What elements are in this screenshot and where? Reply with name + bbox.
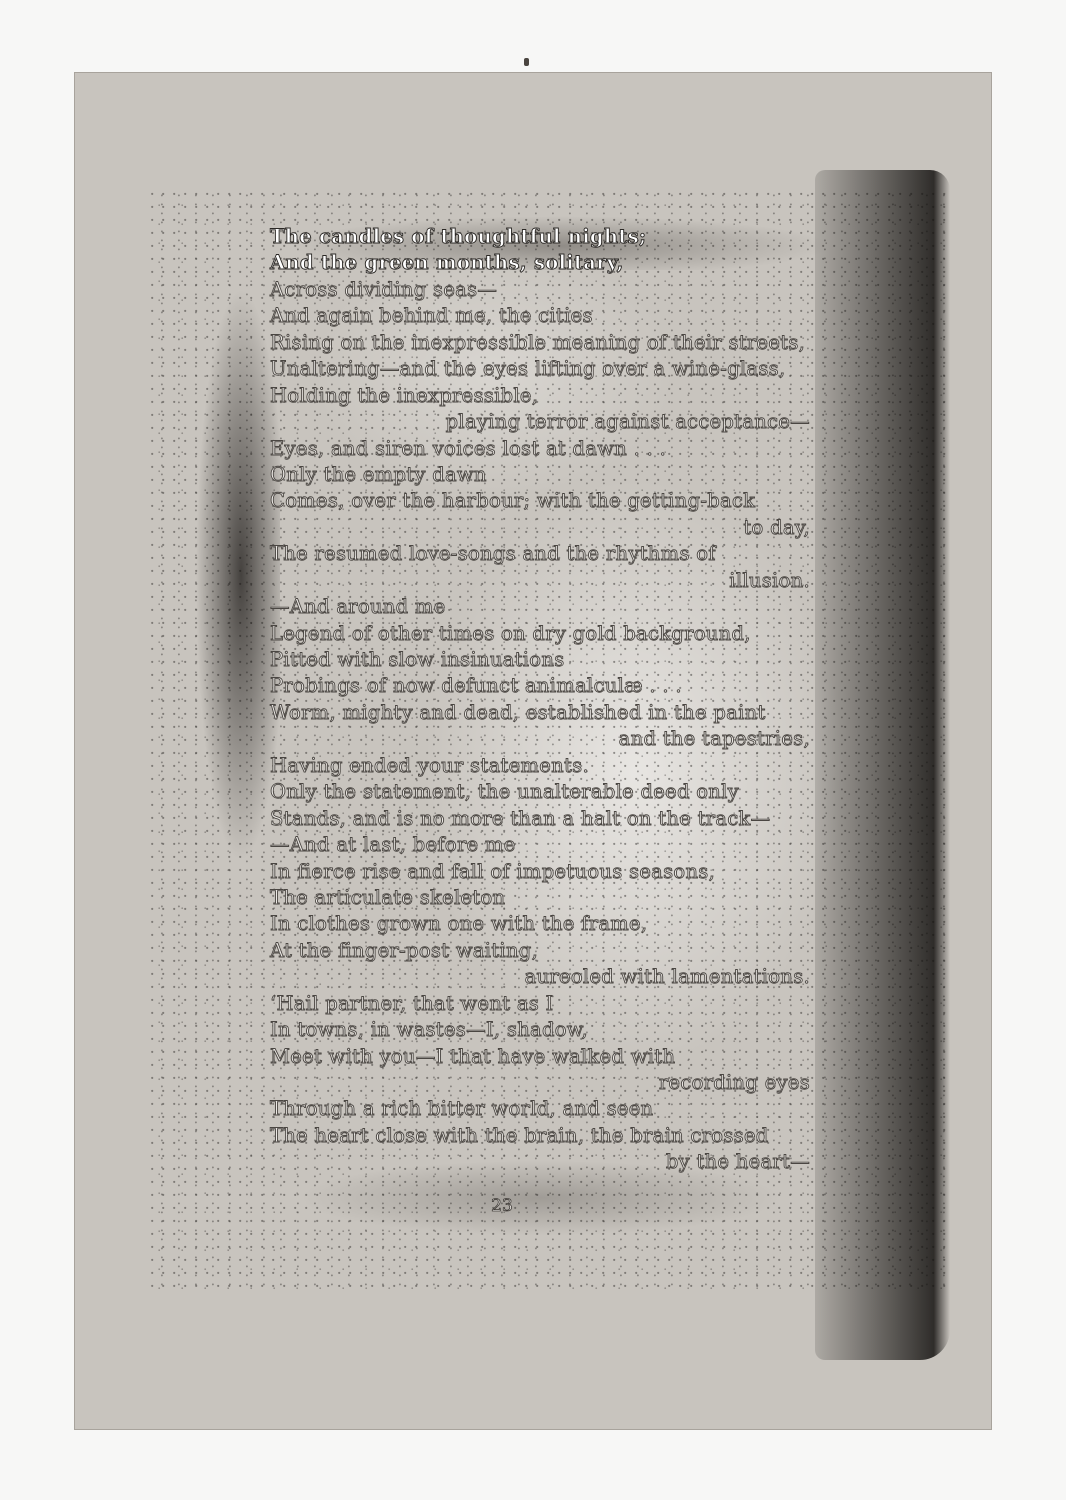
registration-mark [524,58,529,66]
poem-line: The candles of thoughtful nights; [270,224,810,250]
poem-line: Pitted with slow insinuations [270,647,810,673]
poem-line: Across dividing seas— [270,277,810,303]
poem-line-indented: illusion. [270,568,810,594]
poem-line-indented: to day, [270,515,810,541]
page-number: 23 [482,1196,522,1216]
poem-line: Only the statement, the unalterable deed… [270,779,810,805]
poem-line-indented: and the tapestries, [270,726,810,752]
poem-line: Through a rich bitter world, and seen [270,1096,810,1122]
poem-line: Comes, over the harbour; with the gettin… [270,488,810,514]
poem-line: ‘Hail partner, that went as I [270,991,810,1017]
poem-line: —And around me [270,594,810,620]
poem-line: In towns, in wastes—I, shadow, [270,1017,810,1043]
poem-line: In clothes grown one with the frame, [270,911,810,937]
poem-line: And the green months, solitary, [270,250,810,276]
poem-line: Worm, mighty and dead, established in th… [270,700,810,726]
poem-line: Having ended your statements. [270,753,810,779]
poem-line: The heart close with the brain, the brai… [270,1123,810,1149]
poem-text: The candles of thoughtful nights;And the… [270,224,810,1176]
poem-line: Rising on the inexpressible meaning of t… [270,330,810,356]
poem-line: Probings of now defunct animalculæ . . . [270,673,810,699]
poem-line-indented: aureoled with lamentations. [270,964,810,990]
poem-line: The resumed love-songs and the rhythms o… [270,541,810,567]
poem-line: Meet with you—I that have walked with [270,1044,810,1070]
poem-line-indented: by the heart— [270,1149,810,1175]
poem-line: Eyes, and siren voices lost at dawn . . … [270,436,810,462]
poem-line: The articulate skeleton [270,885,810,911]
poem-line: Stands, and is no more than a halt on th… [270,806,810,832]
poem-line: At the finger-post waiting, [270,938,810,964]
poem-line: Holding the inexpressible, [270,383,810,409]
poem-line-indented: playing terror against acceptance— [270,409,810,435]
poem-line: In fierce rise and fall of impetuous sea… [270,859,810,885]
poem-line: Unaltering—and the eyes lifting over a w… [270,356,810,382]
poem-line-indented: recording eyes [270,1070,810,1096]
poem-line: Legend of other times on dry gold backgr… [270,621,810,647]
poem-line: Only the empty dawn [270,462,810,488]
poem-line: —And at last, before me [270,832,810,858]
poem-line: And again behind me, the cities [270,303,810,329]
